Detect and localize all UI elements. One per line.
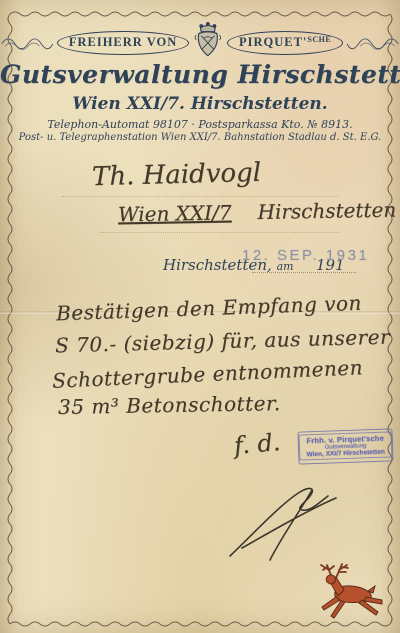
family-crest-icon (193, 18, 223, 62)
badge-sche-text: SCHE (307, 35, 331, 44)
scanned-letter: FREIHERR VON PIRQUET'SCHE Gutsverwaltung… (0, 0, 400, 633)
body-handwriting-line: 35 m³ Betonschotter. (58, 391, 281, 419)
form-rule (100, 232, 340, 233)
badge-pirquet-text: PIRQUET' (239, 35, 307, 49)
letterhead-contact-line2: Post- u. Telegraphenstation Wien XXI/7. … (0, 132, 400, 143)
letterhead-title: Gutsverwaltung Hirschstetten, (0, 60, 400, 89)
left-flourish-icon (0, 32, 53, 54)
recipient-address-handwriting: Wien XXI/7 Hirschstetten (118, 198, 397, 227)
closing-handwriting: f. d. (233, 428, 282, 460)
right-flourish-icon (347, 32, 400, 54)
recipient-place: Hirschstetten (257, 198, 396, 224)
letterhead-badge-row: FREIHERR VON PIRQUET'SCHE (0, 24, 400, 62)
leaping-stag-icon (312, 560, 388, 624)
badge-freiherr-von: FREIHERR VON (57, 31, 189, 55)
letterhead-subtitle: Wien XXI/7. Hirschstetten. (0, 94, 400, 114)
badge-pirquetsche: PIRQUET'SCHE (227, 31, 343, 55)
recipient-city: Wien XXI/7 (118, 200, 232, 226)
signature-icon (212, 468, 352, 568)
recipient-name-handwriting: Th. Haidvogl (92, 158, 262, 192)
date-stamp: 12. SEP. 1931 (242, 247, 369, 264)
rubber-stamp: Frhh. v. Pirquet'sche Gutsverwaltung Wie… (297, 428, 393, 464)
letterhead-contact-line1: Telephon-Automat 98107 · Postsparkassa K… (0, 118, 400, 131)
form-rule (62, 196, 338, 197)
